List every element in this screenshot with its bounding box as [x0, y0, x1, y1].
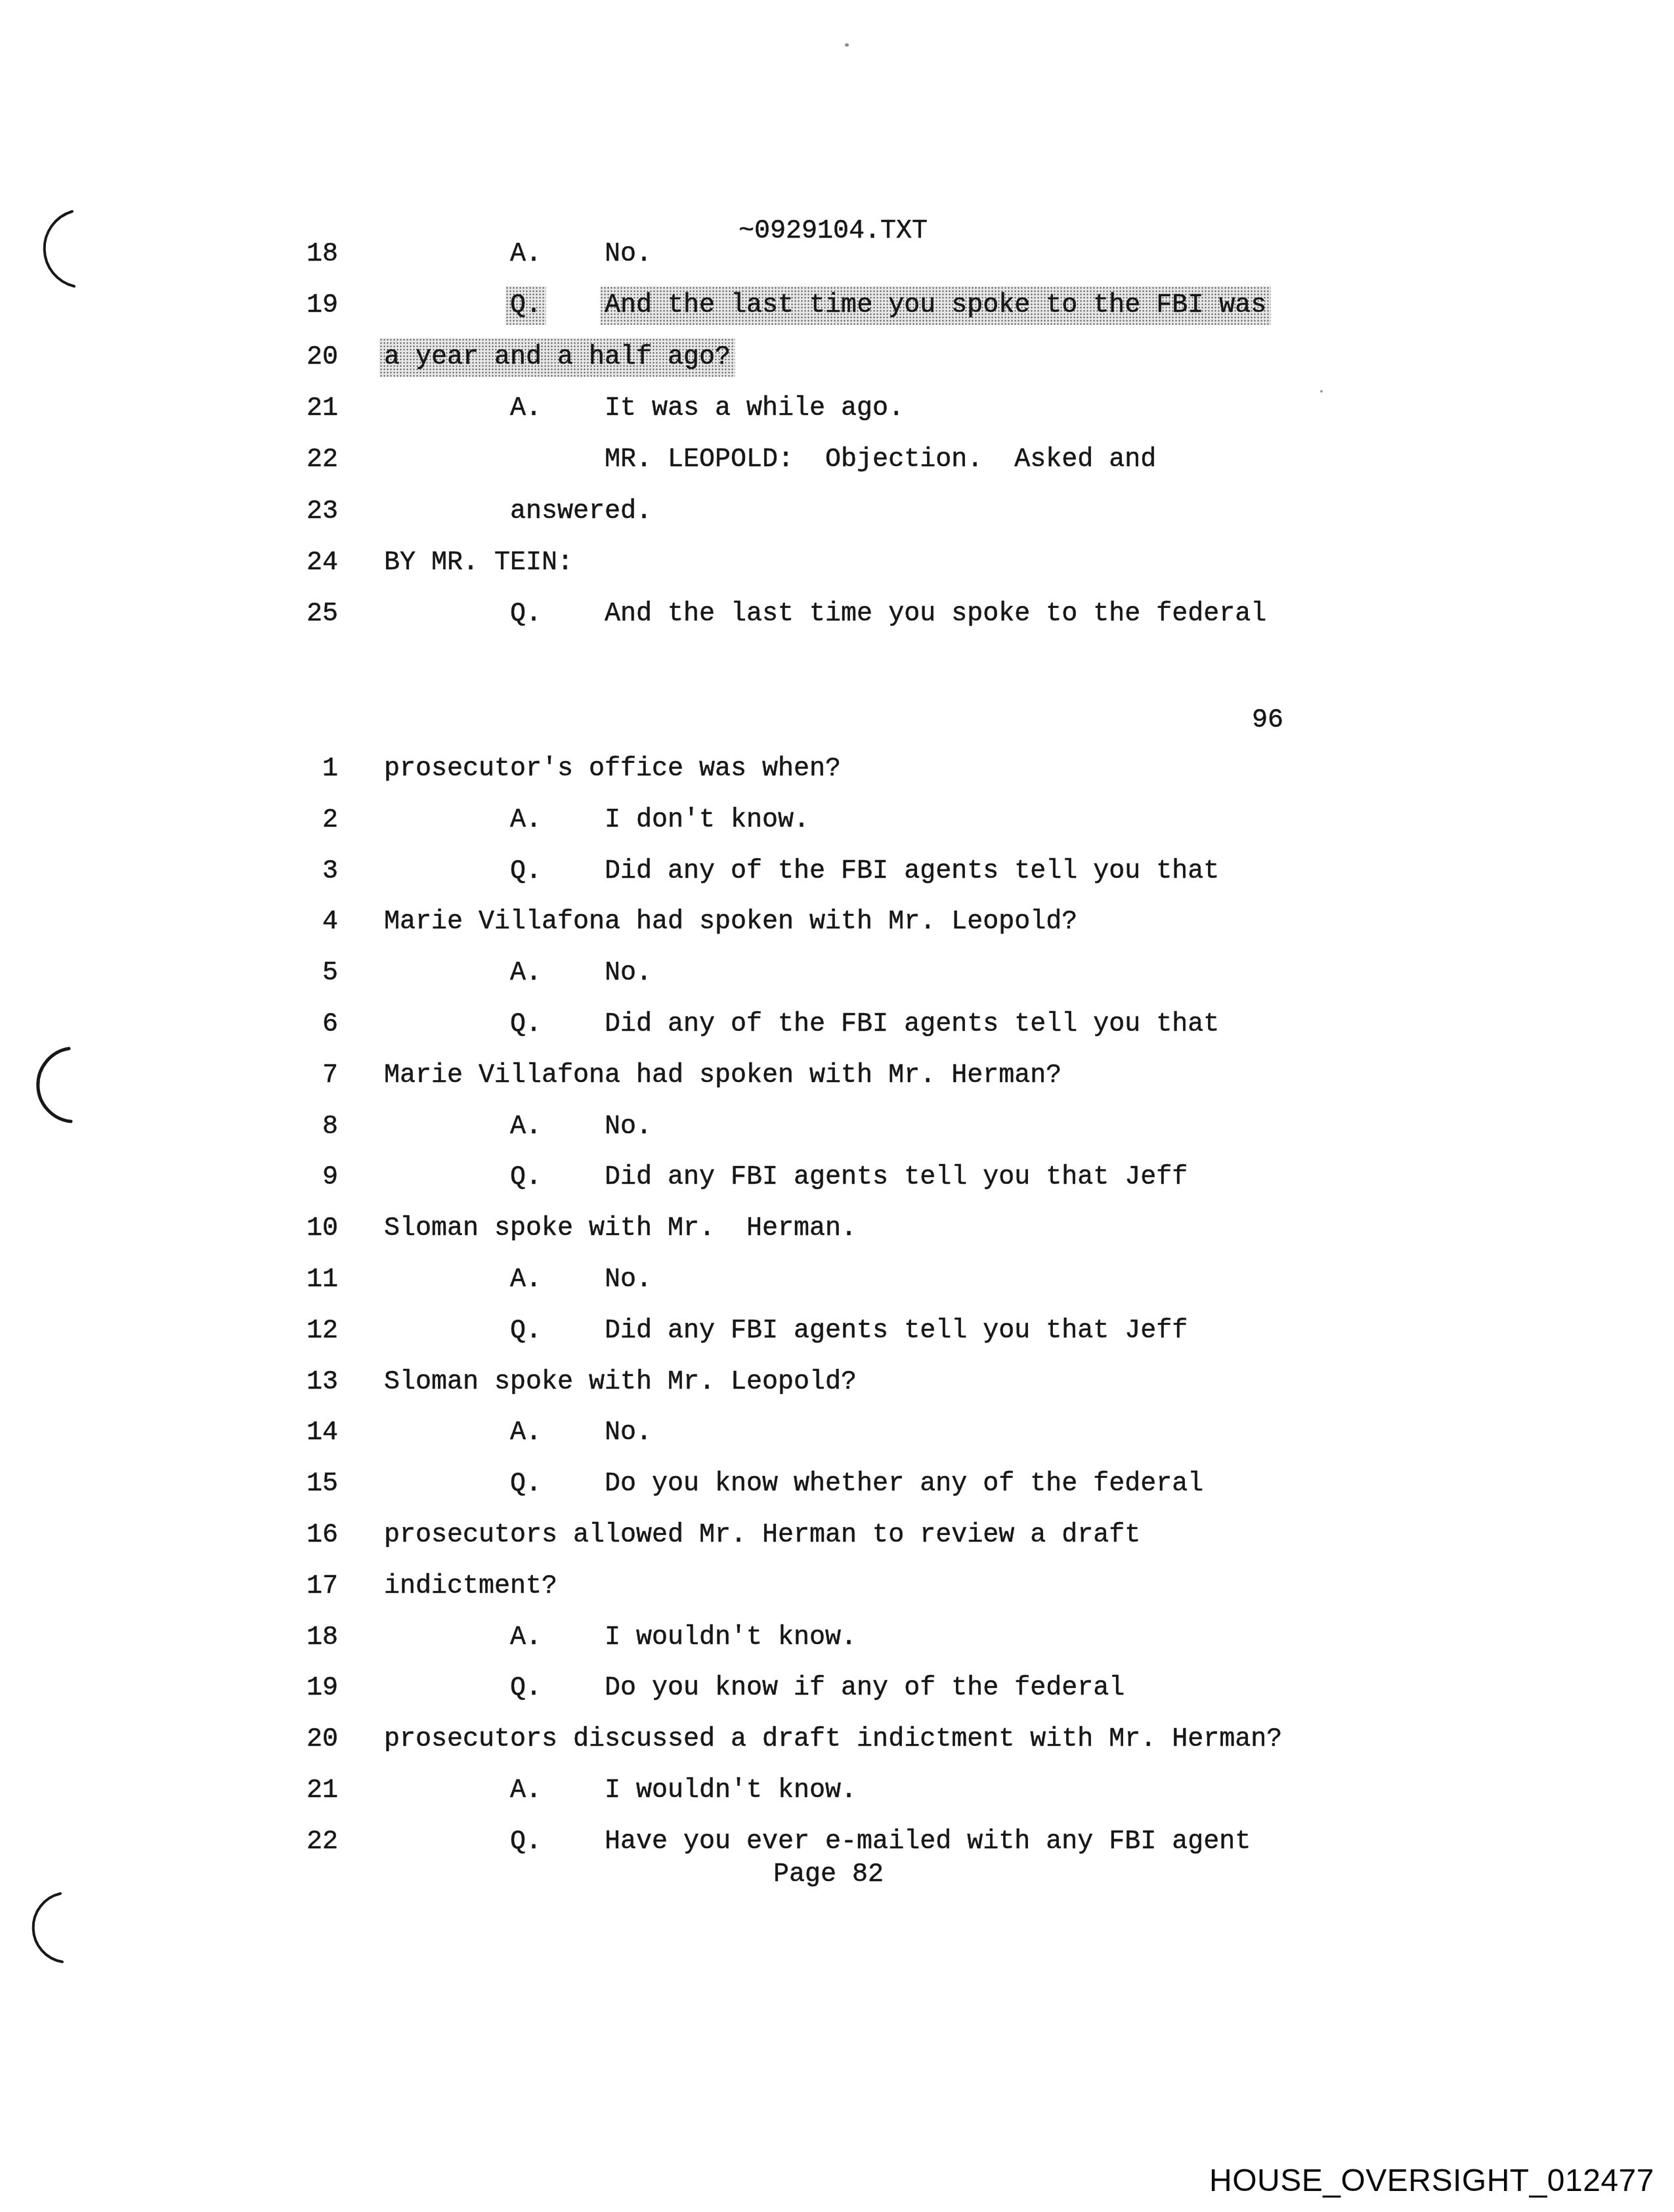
plain-text: prosecutors allowed Mr. Herman to review…	[384, 1521, 1140, 1550]
plain-text: Q. Did any of the FBI agents tell you th…	[384, 857, 1219, 886]
line-number: 17	[263, 1571, 338, 1603]
line-number: 21	[263, 393, 338, 425]
line-number: 4	[263, 907, 338, 938]
line-number: 8	[263, 1112, 338, 1143]
plain-text: Q. Did any FBI agents tell you that Jeff	[384, 1316, 1188, 1346]
line-text: A. No.	[384, 1112, 652, 1143]
plain-text: prosecutors discussed a draft indictment…	[384, 1725, 1282, 1754]
line-number: 18	[263, 1622, 338, 1654]
line-number: 9	[263, 1162, 338, 1194]
plain-text	[384, 291, 510, 320]
plain-text: A. It was a while ago.	[384, 394, 904, 423]
line-text: a year and a half ago?	[384, 342, 731, 374]
line-number: 23	[263, 496, 338, 528]
line-text: Q. Did any FBI agents tell you that Jeff	[384, 1162, 1188, 1194]
line-text: Marie Villafona had spoken with Mr. Leop…	[384, 907, 1077, 938]
line-number: 12	[263, 1316, 338, 1347]
line-number: 10	[263, 1213, 338, 1245]
plain-text: A. I wouldn't know.	[384, 1623, 857, 1653]
line-number: 24	[263, 548, 338, 579]
plain-text: Q. And the last time you spoke to the fe…	[384, 599, 1266, 629]
plain-text: A. No.	[384, 959, 652, 988]
bates-number: HOUSE_OVERSIGHT_012477	[1209, 2164, 1654, 2198]
line-text: Q. And the last time you spoke to the fe…	[384, 599, 1266, 630]
plain-text: Q. Do you know if any of the federal	[384, 1674, 1125, 1703]
plain-text: Marie Villafona had spoken with Mr. Leop…	[384, 907, 1077, 937]
plain-text: BY MR. TEIN:	[384, 548, 573, 578]
line-text: Q. And the last time you spoke to the FB…	[384, 290, 1266, 322]
line-number: 22	[263, 445, 338, 476]
line-number: 1	[263, 754, 338, 785]
line-text: indictment?	[384, 1571, 557, 1603]
line-text: prosecutor's office was when?	[384, 754, 841, 785]
line-number: 25	[263, 599, 338, 630]
line-number: 20	[263, 342, 338, 374]
highlighted-text: Q.	[505, 286, 546, 325]
line-text: A. No.	[384, 1265, 652, 1296]
line-text: A. I wouldn't know.	[384, 1622, 857, 1654]
line-text: Q. Have you ever e-mailed with any FBI a…	[384, 1827, 1251, 1858]
plain-text: Q. Have you ever e-mailed with any FBI a…	[384, 1827, 1251, 1857]
highlighted-text: a year and a half ago?	[379, 338, 735, 377]
line-text: Q. Do you know whether any of the federa…	[384, 1469, 1203, 1500]
line-number: 19	[263, 290, 338, 322]
line-text: A. I don't know.	[384, 805, 809, 836]
scan-speck-top	[845, 43, 849, 47]
line-number: 22	[263, 1827, 338, 1858]
line-text: Q. Did any of the FBI agents tell you th…	[384, 1009, 1219, 1041]
line-text: A. No.	[384, 239, 652, 271]
binder-ring-arc-2	[38, 1049, 71, 1121]
line-text: Q. Do you know if any of the federal	[384, 1673, 1125, 1704]
line-number: 3	[263, 856, 338, 888]
plain-text: Q. Did any of the FBI agents tell you th…	[384, 1010, 1219, 1039]
line-number: 11	[263, 1265, 338, 1296]
plain-text: Q. Did any FBI agents tell you that Jeff	[384, 1163, 1188, 1192]
plain-text: A. I wouldn't know.	[384, 1776, 857, 1806]
line-number: 5	[263, 958, 338, 989]
line-text: A. It was a while ago.	[384, 393, 904, 425]
line-number: 18	[263, 239, 338, 271]
line-text: answered.	[384, 496, 652, 528]
plain-text: A. No.	[384, 1265, 652, 1295]
line-text: A. I wouldn't know.	[384, 1775, 857, 1807]
line-text: A. No.	[384, 958, 652, 989]
line-number: 16	[263, 1520, 338, 1551]
plain-text: Marie Villafona had spoken with Mr. Herm…	[384, 1061, 1062, 1091]
plain-text: answered.	[384, 497, 652, 527]
line-text: A. No.	[384, 1418, 652, 1449]
binder-ring-arc-1	[45, 211, 74, 286]
plain-text: A. I don't know.	[384, 806, 809, 835]
plain-text: A. No.	[384, 1418, 652, 1448]
transcript-page-number: 96	[1252, 705, 1283, 737]
line-number: 21	[263, 1775, 338, 1807]
plain-text: indictment?	[384, 1572, 557, 1601]
deposition-transcript-page: ~0929104.TXT 96 18 A. No.19 Q. And the l…	[0, 0, 1674, 2212]
line-number: 15	[263, 1469, 338, 1500]
line-text: prosecutors discussed a draft indictment…	[384, 1724, 1282, 1756]
line-number: 14	[263, 1418, 338, 1449]
line-text: Sloman spoke with Mr. Herman.	[384, 1213, 857, 1245]
line-number: 19	[263, 1673, 338, 1704]
footer-page-label: Page 82	[773, 1859, 884, 1891]
plain-text: Sloman spoke with Mr. Leopold?	[384, 1368, 857, 1397]
line-text: Marie Villafona had spoken with Mr. Herm…	[384, 1060, 1062, 1092]
line-number: 2	[263, 805, 338, 836]
line-text: prosecutors allowed Mr. Herman to review…	[384, 1520, 1140, 1551]
highlighted-text: And the last time you spoke to the FBI w…	[600, 286, 1271, 325]
line-text: BY MR. TEIN:	[384, 548, 573, 579]
plain-text: Q. Do you know whether any of the federa…	[384, 1469, 1203, 1499]
plain-text: A. No.	[384, 1112, 652, 1142]
plain-text: Sloman spoke with Mr. Herman.	[384, 1214, 857, 1244]
document-title: ~0929104.TXT	[739, 216, 928, 248]
line-text: MR. LEOPOLD: Objection. Asked and	[384, 445, 1156, 476]
line-number: 7	[263, 1060, 338, 1092]
plain-text: MR. LEOPOLD: Objection. Asked and	[384, 445, 1156, 475]
plain-text: A. No.	[384, 240, 652, 269]
line-number: 6	[263, 1009, 338, 1041]
line-number: 13	[263, 1367, 338, 1399]
line-number: 20	[263, 1724, 338, 1756]
line-text: Q. Did any FBI agents tell you that Jeff	[384, 1316, 1188, 1347]
line-text: Q. Did any of the FBI agents tell you th…	[384, 856, 1219, 888]
scan-speck-right	[1320, 390, 1323, 393]
binder-ring-arc-3	[33, 1894, 62, 1962]
plain-text	[542, 291, 605, 320]
plain-text: prosecutor's office was when?	[384, 754, 841, 784]
line-text: Sloman spoke with Mr. Leopold?	[384, 1367, 857, 1399]
